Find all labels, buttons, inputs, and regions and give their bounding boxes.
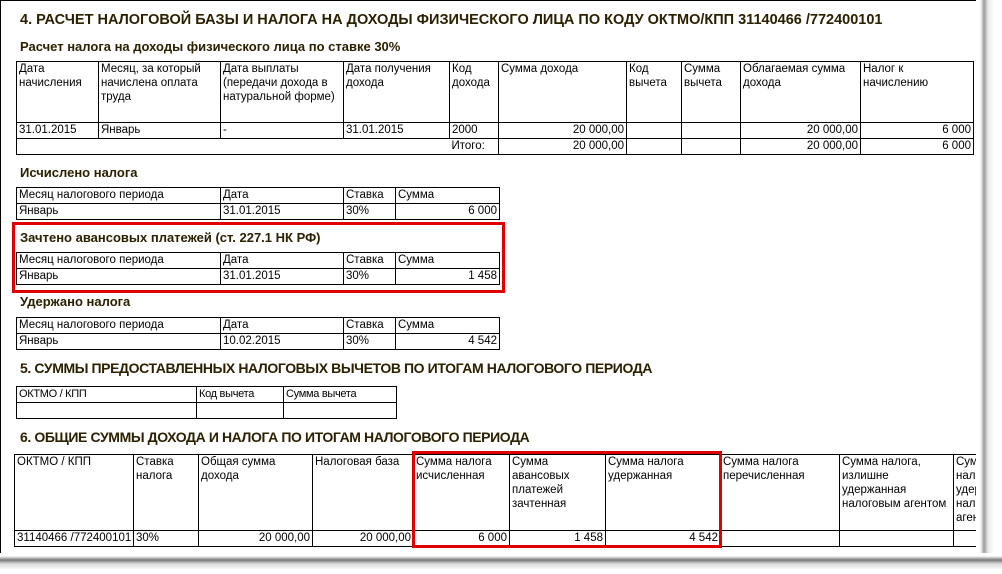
table-header-row: ОКТМО / КПП Код вычета Сумма вычета xyxy=(17,387,397,403)
total-tax: 6 000 xyxy=(861,139,974,155)
header-cell: Код вычета xyxy=(197,387,284,403)
header-cell: Ставка xyxy=(344,318,396,334)
torn-edge-right xyxy=(976,0,1002,574)
table-total-row: Итого: 20 000,00 20 000,00 6 000 xyxy=(17,139,974,155)
table-header-row: Дата начисления Месяц, за который начисл… xyxy=(17,62,974,123)
header-cell: Сумма налога, излишне удержанная налогов… xyxy=(840,455,954,531)
table-row: 31.01.2015 Январь - 31.01.2015 2000 20 0… xyxy=(17,123,974,139)
section-4-subtitle: Расчет налога на доходы физического лица… xyxy=(20,39,400,54)
withheld-tax-title: Удержано налога xyxy=(20,294,130,309)
cell-tax-transferred xyxy=(721,531,840,547)
cell-accrual-date: 31.01.2015 xyxy=(17,123,99,139)
cell-oktmo: 31140466 /772400101 xyxy=(15,531,134,547)
cell-month: Январь xyxy=(17,204,221,220)
total-deduction-code xyxy=(627,139,682,155)
table-row: Январь 31.01.2015 30% 6 000 xyxy=(17,204,500,220)
advance-credited-table: Месяц налогового периода Дата Ставка Сум… xyxy=(16,252,500,285)
cell-tax-base: 20 000,00 xyxy=(313,531,414,547)
calculated-tax-title: Исчислено налога xyxy=(20,165,137,180)
cell-deduction-code xyxy=(627,123,682,139)
header-cell: ОКТМО / КПП xyxy=(17,387,197,403)
table-row: Январь 31.01.2015 30% 1 458 xyxy=(17,269,500,285)
table-header-row: Месяц налогового периода Дата Ставка Сум… xyxy=(17,318,500,334)
cell-date: 10.02.2015 xyxy=(221,334,344,350)
cell-rate: 30% xyxy=(344,269,396,285)
total-taxable: 20 000,00 xyxy=(741,139,861,155)
cell-taxable-sum: 20 000,00 xyxy=(741,123,861,139)
total-deduction-sum xyxy=(682,139,741,155)
cell-oktmo xyxy=(17,403,197,419)
header-cell: Сумма налога исчисленная xyxy=(414,455,510,531)
total-spacer xyxy=(17,139,450,155)
header-cell: Сумма авансовых платежей зачтенная xyxy=(510,455,606,531)
cell-tax-withheld: 4 542 xyxy=(606,531,721,547)
cell-income-sum: 20 000,00 xyxy=(499,123,627,139)
header-cell: Сумма вычета xyxy=(284,387,397,403)
cell-month: Январь xyxy=(17,334,221,350)
total-income: 20 000,00 xyxy=(499,139,627,155)
cell-deduction-sum xyxy=(284,403,397,419)
table-row xyxy=(17,403,397,419)
cell-rate: 30% xyxy=(344,204,396,220)
cell-receipt-date: 31.01.2015 xyxy=(344,123,450,139)
table-header-row: Месяц налогового периода Дата Ставка Сум… xyxy=(17,253,500,269)
header-cell: Ставка налога xyxy=(134,455,199,531)
header-cell: Дата xyxy=(221,318,344,334)
cell-tax-calculated: 6 000 xyxy=(414,531,510,547)
totals-table: ОКТМО / КПП Ставка налога Общая сумма до… xyxy=(14,454,985,547)
cell-sum: 4 542 xyxy=(396,334,500,350)
income-calculation-table: Дата начисления Месяц, за который начисл… xyxy=(16,61,974,155)
cell-month: Январь xyxy=(99,123,221,139)
header-cell: Дата начисления xyxy=(17,62,99,123)
withheld-tax-table: Месяц налогового периода Дата Ставка Сум… xyxy=(16,317,500,350)
header-cell: Дата получения дохода xyxy=(344,62,450,123)
document-page: 4. РАСЧЕТ НАЛОГОВОЙ БАЗЫ И НАЛОГА НА ДОХ… xyxy=(0,0,985,561)
header-cell: Месяц, за который начислена оплата труда xyxy=(99,62,221,123)
cell-rate: 30% xyxy=(344,334,396,350)
section-5-title: 5. СУММЫ ПРЕДОСТАВЛЕННЫХ НАЛОГОВЫХ ВЫЧЕТ… xyxy=(20,360,652,376)
header-cell: Ставка xyxy=(344,188,396,204)
header-cell: Месяц налогового периода xyxy=(17,318,221,334)
cell-advance-credited: 1 458 xyxy=(510,531,606,547)
table-header-row: ОКТМО / КПП Ставка налога Общая сумма до… xyxy=(15,455,986,531)
cell-deduction-code xyxy=(197,403,284,419)
torn-edge-bottom xyxy=(0,553,1002,574)
cell-rate: 30% xyxy=(134,531,199,547)
header-cell: Сумма налога перечисленная xyxy=(721,455,840,531)
header-cell: Сумма вычета xyxy=(682,62,741,123)
table-row: 31140466 /772400101 30% 20 000,00 20 000… xyxy=(15,531,986,547)
header-cell: Сумма дохода xyxy=(499,62,627,123)
advance-credited-title: Зачтено авансовых платежей (ст. 227.1 НК… xyxy=(20,230,321,245)
cell-date: 31.01.2015 xyxy=(221,204,344,220)
header-cell: Дата xyxy=(221,188,344,204)
table-header-row: Месяц налогового периода Дата Ставка Сум… xyxy=(17,188,500,204)
section-4-title: 4. РАСЧЕТ НАЛОГОВОЙ БАЗЫ И НАЛОГА НА ДОХ… xyxy=(20,12,882,28)
calculated-tax-table: Месяц налогового периода Дата Ставка Сум… xyxy=(16,187,500,220)
header-cell: Сумма xyxy=(396,253,500,269)
header-cell: Налог к начислению xyxy=(861,62,974,123)
header-cell: Дата выплаты (передачи дохода в натураль… xyxy=(221,62,344,123)
header-cell: Сумма налога удержанная xyxy=(606,455,721,531)
cell-date: 31.01.2015 xyxy=(221,269,344,285)
header-cell: Налоговая база xyxy=(313,455,414,531)
cell-tax-overwithheld xyxy=(840,531,954,547)
header-cell: Общая сумма дохода xyxy=(199,455,313,531)
section-6-title: 6. ОБЩИЕ СУММЫ ДОХОДА И НАЛОГА ПО ИТОГАМ… xyxy=(20,429,529,445)
cell-sum: 6 000 xyxy=(396,204,500,220)
header-cell: Ставка xyxy=(344,253,396,269)
header-cell: Код дохода xyxy=(450,62,499,123)
header-cell: Сумма xyxy=(396,318,500,334)
header-cell: Сумма xyxy=(396,188,500,204)
table-row: Январь 10.02.2015 30% 4 542 xyxy=(17,334,500,350)
header-cell: Код вычета xyxy=(627,62,682,123)
cell-income-code: 2000 xyxy=(450,123,499,139)
cell-payment-date: - xyxy=(221,123,344,139)
cell-total-income: 20 000,00 xyxy=(199,531,313,547)
total-label: Итого: xyxy=(450,139,499,155)
header-cell: Облагаемая сумма дохода xyxy=(741,62,861,123)
cell-month: Январь xyxy=(17,269,221,285)
cell-tax: 6 000 xyxy=(861,123,974,139)
header-cell: Месяц налогового периода xyxy=(17,188,221,204)
header-cell: Дата xyxy=(221,253,344,269)
cell-sum: 1 458 xyxy=(396,269,500,285)
deductions-table: ОКТМО / КПП Код вычета Сумма вычета xyxy=(16,386,397,419)
cell-deduction-sum xyxy=(682,123,741,139)
header-cell: Месяц налогового периода xyxy=(17,253,221,269)
header-cell: ОКТМО / КПП xyxy=(15,455,134,531)
